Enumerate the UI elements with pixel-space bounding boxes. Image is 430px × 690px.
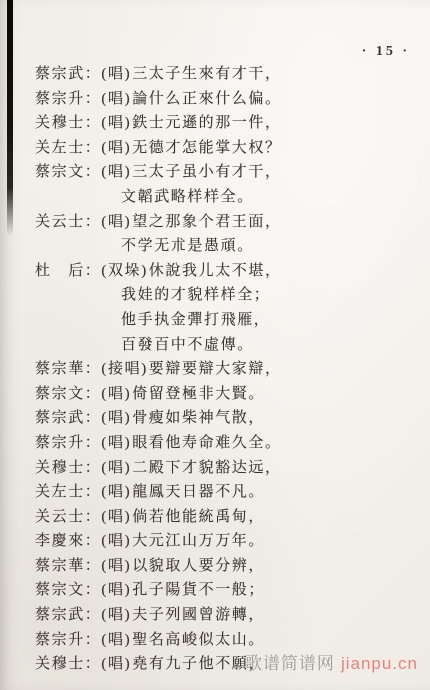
stage-cue: (唱) [101,607,131,623]
script-line: 关左士：(唱)龍鳳天日器不凡。 [35,480,424,505]
stage-cue: (唱) [101,410,131,426]
speaker-name: 关云士： [35,509,101,525]
lyric-text: 文韜武略样样全。 [121,189,254,205]
script-line: 关穆士：(唱)鉄士元遜的那一件， [35,111,424,136]
stage-cue: (唱) [101,164,131,180]
stage-cue: (唱) [101,435,131,451]
lyric-text: 龍鳳天日器不凡。 [132,484,265,500]
lyric-text: 聖名高峻似太山。 [132,632,265,648]
script-line: 关云士：(唱)望之那象个君王面， [35,210,424,235]
watermark-site-name: 歌谱简谱网 [245,654,335,673]
speaker-name: 关穆士： [35,115,101,131]
lyric-text: 骨瘦如柴神气散， [132,410,265,426]
stage-cue: (双垛) [101,263,147,279]
script-line: 蔡宗文：(唱)三太子虽小有才干， [35,160,424,185]
lyric-text: 論什么正來什么偏。 [132,91,281,107]
speaker-name: 蔡宗文： [35,164,101,180]
lyric-text: 百發百中不虛傳。 [121,337,254,353]
lyric-text: 孔子陽貨不一般； [132,582,265,598]
lyric-text: 他手执金彈打飛雁， [121,312,270,328]
watermark: 歌谱简谱网jianpu.cn [245,649,418,674]
stage-cue: (唱) [101,632,131,648]
speaker-name: 关左士： [35,140,101,156]
script-line: 蔡宗華：(唱)以貌取人要分辨， [35,554,424,579]
speaker-name: 蔡宗升： [35,91,101,107]
script-line: 蔡宗武：(唱)夫子列國曾游轉， [35,603,424,628]
lyric-text: 三太子虽小有才干， [132,164,281,180]
script-line: 我娃的才貌样样全； [35,283,424,308]
script-line: 蔡宗升：(唱)眼看他寿命难久全。 [35,431,424,456]
speaker-name: 杜 后： [35,263,101,279]
speaker-name: 蔡宗武： [35,607,101,623]
speaker-name: 关穆士： [35,460,101,476]
stage-cue: (唱) [101,656,131,672]
binding-shadow-bar [7,0,13,236]
stage-cue: (唱) [101,533,131,549]
lyric-text: 我娃的才貌样样全； [121,287,270,303]
watermark-site-url: jianpu.cn [341,654,418,673]
stage-cue: (唱) [101,558,131,574]
script-line: 不学无朮是愚頑。 [35,234,424,259]
lyric-text: 眼看他寿命难久全。 [132,435,281,451]
speaker-name: 蔡宗升： [35,435,101,451]
lyric-text: 夫子列國曾游轉， [132,607,265,623]
script-line: 蔡宗文：(唱)孔子陽貨不一般； [35,578,424,603]
speaker-name: 李慶來： [35,533,101,549]
page-number: · 15 · [362,44,410,60]
script-line: 关左士：(唱)无德才怎能掌大权？ [35,136,424,161]
speaker-name: 蔡宗文： [35,386,101,402]
lyric-text: 休說我儿太不堪， [149,263,282,279]
stage-cue: (唱) [101,582,131,598]
speaker-name: 蔡宗升： [35,632,101,648]
script-line: 蔡宗華：(接唱)要辯要辯大家辯， [35,357,424,382]
lyric-text: 不学无朮是愚頑。 [121,238,254,254]
stage-cue: (唱) [101,214,131,230]
lyric-text: 鉄士元遜的那一件， [132,115,281,131]
script-lines-block: 蔡宗武：(唱)三太子生來有才干，蔡宗升：(唱)論什么正來什么偏。关穆士：(唱)鉄… [35,62,424,677]
script-line: 李慶來：(唱)大元江山万万年。 [35,529,424,554]
script-line: 蔡宗升：(唱)論什么正來什么偏。 [35,87,424,112]
lyric-text: 三太子生來有才干， [132,66,281,82]
script-line: 蔡宗文：(唱)倚留登極非大賢。 [35,382,424,407]
speaker-name: 蔡宗華： [35,361,101,377]
lyric-text: 倚留登極非大賢。 [132,386,265,402]
stage-cue: (唱) [101,115,131,131]
lyric-text: 望之那象个君王面， [132,214,281,230]
speaker-name: 蔡宗武： [35,410,101,426]
stage-cue: (唱) [101,484,131,500]
script-line: 百發百中不虛傳。 [35,333,424,358]
script-line: 关云士：(唱)倘若他能統禹甸， [35,505,424,530]
stage-cue: (唱) [101,386,131,402]
script-line: 文韜武略样样全。 [35,185,424,210]
speaker-name: 蔡宗文： [35,582,101,598]
script-line: 蔡宗武：(唱)三太子生來有才干， [35,62,424,87]
script-line: 蔡宗武：(唱)骨瘦如柴神气散， [35,406,424,431]
speaker-name: 关左士： [35,484,101,500]
lyric-text: 无德才怎能掌大权？ [132,140,281,156]
stage-cue: (唱) [101,140,131,156]
stage-cue: (唱) [101,509,131,525]
speaker-name: 蔡宗華： [35,558,101,574]
scanned-script-page: · 15 · 蔡宗武：(唱)三太子生來有才干，蔡宗升：(唱)論什么正來什么偏。关… [0,0,430,690]
script-line: 杜 后：(双垛)休說我儿太不堪， [35,259,424,284]
stage-cue: (唱) [101,66,131,82]
speaker-name: 蔡宗武： [35,66,101,82]
lyric-text: 以貌取人要分辨， [132,558,265,574]
script-line: 他手执金彈打飛雁， [35,308,424,333]
script-line: 关穆士：(唱)二殿下才貌豁达远， [35,456,424,481]
stage-cue: (唱) [101,460,131,476]
lyric-text: 要辯要辯大家辯， [149,361,282,377]
lyric-text: 大元江山万万年。 [132,533,265,549]
speaker-name: 关云士： [35,214,101,230]
lyric-text: 二殿下才貌豁达远， [132,460,281,476]
lyric-text: 倘若他能統禹甸， [132,509,265,525]
stage-cue: (接唱) [101,361,147,377]
speaker-name: 关穆士： [35,656,101,672]
stage-cue: (唱) [101,91,131,107]
